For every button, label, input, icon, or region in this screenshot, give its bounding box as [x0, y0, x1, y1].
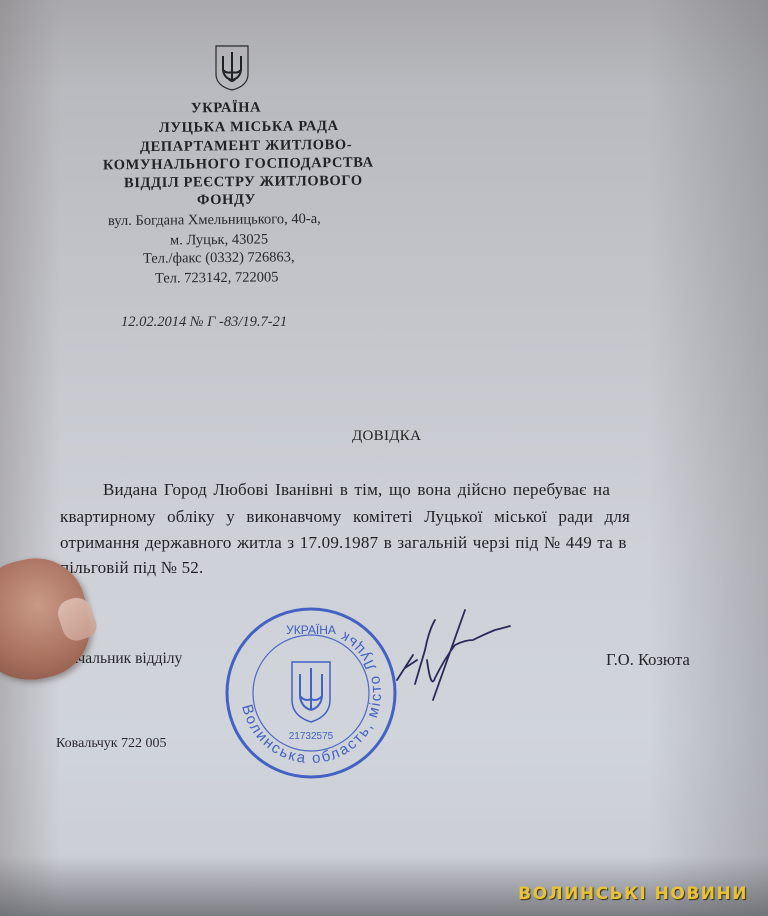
- address-phone: Тел. 723142, 722005: [155, 269, 279, 287]
- address-city: м. Луцьк, 43025: [170, 231, 268, 249]
- org-department-2: КОМУНАЛЬНОГО ГОСПОДАРСТВА: [103, 155, 374, 175]
- svg-text:УКРАЇНА: УКРАЇНА: [286, 623, 336, 637]
- reference-number: 12.02.2014 № Г -83/19.7-21: [121, 314, 287, 331]
- handwritten-signature: [385, 600, 535, 710]
- org-council: ЛУЦЬКА МІСЬКА РАДА: [159, 118, 339, 137]
- body-line: квартирному обліку у виконавчому комітет…: [60, 507, 630, 527]
- body-line: отримання державного житла з 17.09.1987 …: [60, 533, 627, 553]
- org-division-1: ВІДДІЛ РЕЄСТРУ ЖИТЛОВОГО: [124, 173, 363, 192]
- body-line: пільговій під № 52.: [60, 558, 203, 578]
- address-street: вул. Богдана Хмельницького, 40-а,: [108, 211, 321, 230]
- org-department-1: ДЕПАРТАМЕНТ ЖИТЛОВО-: [140, 137, 352, 156]
- watermark-logo: ВОЛИНСЬКІ НОВИНИ: [518, 884, 748, 904]
- document-title: ДОВІДКА: [352, 428, 421, 445]
- signatory-name: Г.О. Козюта: [606, 650, 690, 670]
- body-line: Видана Город Любові Іванівні в тім, що в…: [103, 480, 610, 500]
- address-fax: Тел./факс (0332) 726863,: [143, 249, 295, 268]
- trident-coat-of-arms-icon: [213, 44, 251, 92]
- svg-text:21732575: 21732575: [289, 731, 334, 742]
- org-division-2: ФОНДУ: [197, 192, 256, 210]
- org-country: УКРАЇНА: [191, 100, 261, 118]
- official-stamp-icon: Волинська область, місто Луцьк УКРАЇНА 2…: [222, 604, 400, 782]
- executor-note: Ковальчук 722 005: [56, 736, 167, 752]
